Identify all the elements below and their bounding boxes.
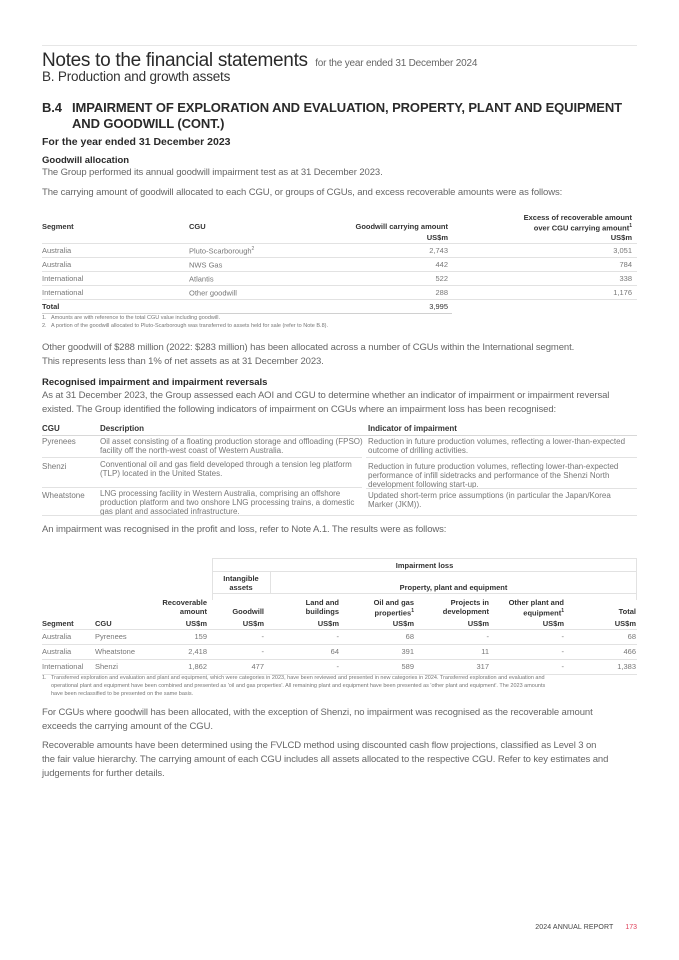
cell-excess: 338 — [619, 274, 632, 283]
page-footer: 2024 ANNUAL REPORT 173 — [42, 924, 637, 931]
goodwill-table: Segment CGU Goodwill carrying amount Exc… — [42, 208, 637, 313]
footnote-text: A portion of the goodwill allocated to P… — [51, 323, 328, 329]
cell-oilgas: 68 — [406, 632, 414, 641]
goodwill-total-row: Total 3,995 — [42, 299, 637, 313]
cell-cgu-text: Other goodwill — [189, 289, 237, 298]
col-other-l2: equipment1 — [509, 607, 564, 618]
cell-recoverable: 2,418 — [188, 647, 207, 656]
report-name: 2024 ANNUAL REPORT — [535, 924, 613, 931]
cell-carrying: 522 — [435, 274, 448, 283]
cell-total: 1,383 — [617, 662, 636, 671]
cell-excess: 1,176 — [613, 288, 632, 297]
recognised-para2: An impairment was recognised in the prof… — [42, 523, 637, 537]
rule — [212, 593, 637, 594]
page-number: 173 — [625, 924, 637, 931]
cell-total: 68 — [628, 632, 636, 641]
cell-cgu: NWS Gas — [189, 260, 222, 270]
total-carrying: 3,995 — [429, 302, 448, 311]
cell-indicator: Updated short-term price assumptions (in… — [368, 491, 636, 509]
table-row: AustraliaPluto-Scarborough22,7433,051 — [42, 243, 637, 257]
cell-goodwill: - — [262, 632, 265, 641]
table-row: InternationalAtlantis522338 — [42, 271, 637, 285]
cell-segment: Australia — [42, 260, 71, 269]
cell-cgu-text: Atlantis — [189, 275, 214, 284]
col-recoverable: Recoverable amount — [162, 598, 207, 616]
col-projects-l1: Projects in — [443, 598, 489, 607]
unit: US$m — [615, 619, 636, 628]
page-subtitle: for the year ended 31 December 2024 — [315, 58, 477, 69]
col-other: Other plant and equipment1 — [509, 598, 564, 618]
col-other-l1: Other plant and — [509, 598, 564, 607]
cell-indicator: Reduction in future production volumes, … — [368, 437, 636, 455]
cell-total: 466 — [623, 647, 636, 656]
row-rule — [42, 487, 362, 488]
footnote-ref: 2 — [252, 246, 255, 252]
unit: US$m — [468, 619, 489, 628]
cell-other: - — [562, 647, 565, 656]
recognised-para-l1: As at 31 December 2023, the Group assess… — [42, 389, 637, 403]
cell-cgu: Pyrenees — [95, 632, 127, 641]
rule — [42, 629, 637, 630]
cell-land: - — [337, 662, 340, 671]
cell-segment: International — [42, 288, 83, 297]
unit: US$m — [543, 619, 564, 628]
footnote-text-l2: operational plant and equipment have bee… — [42, 682, 637, 690]
top-rule — [42, 45, 637, 46]
col-total: Total — [619, 607, 636, 616]
rule — [212, 558, 637, 559]
total-label: Total — [42, 302, 59, 311]
cell-other: - — [562, 632, 565, 641]
cell-cgu: Atlantis — [189, 274, 214, 284]
unit: US$m — [186, 619, 207, 628]
cell-cgu: Pluto-Scarborough2 — [189, 246, 254, 256]
cell-segment: Australia — [42, 632, 71, 641]
period-heading: For the year ended 31 December 2023 — [42, 136, 231, 148]
goodwill-units-row: US$m US$m — [42, 230, 637, 243]
group-impairment-loss: Impairment loss — [212, 561, 637, 570]
cell-excess: 3,051 — [613, 246, 632, 255]
cell-carrying: 442 — [435, 260, 448, 269]
col-other-l2-text: equipment — [523, 609, 561, 618]
row-rule — [42, 644, 637, 645]
cell-oilgas: 589 — [401, 662, 414, 671]
rule — [212, 571, 637, 572]
col-projects: Projects in development — [443, 598, 489, 616]
col-land-l2: buildings — [306, 607, 339, 616]
closing-para2-l1: Recoverable amounts have been determined… — [42, 739, 637, 753]
cell-projects: - — [487, 632, 490, 641]
cell-cgu: Other goodwill — [189, 288, 237, 298]
col-excess-l1: Excess of recoverable amount — [524, 213, 632, 222]
cell-land: 64 — [331, 647, 339, 656]
group-ppe: Property, plant and equipment — [270, 583, 637, 592]
closing-para1: For CGUs where goodwill has been allocat… — [42, 706, 637, 734]
col-oilgas-l1: Oil and gas — [374, 598, 414, 607]
page-title: Notes to the financial statements — [42, 50, 308, 71]
cell-other: - — [562, 662, 565, 671]
unit: US$m — [393, 619, 414, 628]
goodwill-para2: The carrying amount of goodwill allocate… — [42, 186, 637, 200]
footnote-number: 1. — [42, 314, 51, 322]
col-cgu: CGU — [95, 619, 112, 628]
goodwill-para3: Other goodwill of $288 million (2022: $2… — [42, 341, 637, 369]
goodwill-para3-l1: Other goodwill of $288 million (2022: $2… — [42, 341, 637, 355]
table-row: InternationalOther goodwill2881,176 — [42, 285, 637, 299]
footnote-text: Amounts are with reference to the total … — [51, 315, 220, 321]
closing-para2-l2: the fair value hierarchy. The carrying a… — [42, 753, 637, 767]
closing-para2: Recoverable amounts have been determined… — [42, 739, 637, 781]
goodwill-para1: The Group performed its annual goodwill … — [42, 166, 637, 180]
col-goodwill: Goodwill — [232, 607, 264, 616]
cell-description: Oil asset consisting of a floating produ… — [100, 437, 365, 455]
cell-segment: Australia — [42, 246, 71, 255]
cell-oilgas: 391 — [401, 647, 414, 656]
header-rule — [42, 435, 637, 436]
note-title: B.4IMPAIRMENT OF EXPLORATION AND EVALUAT… — [42, 100, 622, 132]
footnote-text-l1: Transferred exploration and evaluation a… — [51, 675, 545, 681]
unit-excess: US$m — [611, 233, 632, 242]
cell-land: - — [337, 632, 340, 641]
col-oilgas-l2: properties1 — [374, 607, 414, 618]
cell-description: LNG processing facility in Western Austr… — [100, 489, 365, 516]
group-intangible-l2: assets — [212, 583, 270, 592]
col-land-l1: Land and — [306, 598, 339, 607]
note-title-line2: AND GOODWILL (CONT.) — [42, 116, 622, 132]
col-oilgas: Oil and gas properties1 — [374, 598, 414, 618]
unit: US$m — [318, 619, 339, 628]
goodwill-para3-l2: This represents less than 1% of net asse… — [42, 355, 637, 369]
col-projects-l2: development — [443, 607, 489, 616]
goodwill-footnote-1: 1.Amounts are with reference to the tota… — [42, 314, 220, 322]
footnote-number: 1. — [42, 674, 51, 682]
footnote-ref: 1 — [411, 608, 414, 614]
cell-cgu-text: Pluto-Scarborough — [189, 247, 252, 256]
cell-description: Conventional oil and gas field developed… — [100, 460, 365, 478]
cell-segment: International — [42, 274, 83, 283]
closing-para2-l3: judgements for further details. — [42, 767, 637, 781]
row-rule — [42, 457, 362, 458]
impairment-footnote: 1.Transferred exploration and evaluation… — [42, 674, 637, 698]
cell-indicator: Reduction in future production volumes, … — [368, 462, 636, 489]
table-row: AustraliaNWS Gas442784 — [42, 257, 637, 271]
row-rule — [42, 659, 637, 660]
cell-projects: 317 — [476, 662, 489, 671]
row-rule — [366, 457, 637, 458]
col-cgu: CGU — [42, 424, 60, 433]
col-description: Description — [100, 424, 144, 433]
cell-cgu: Wheatstone — [42, 491, 85, 500]
cell-cgu: Wheatstone — [95, 647, 135, 656]
cell-excess: 784 — [619, 260, 632, 269]
cell-cgu: Pyrenees — [42, 437, 76, 446]
group-intangible-l1: Intangible — [212, 574, 270, 583]
unit-carrying: US$m — [427, 233, 448, 242]
note-number: B.4 — [42, 100, 72, 116]
col-oilgas-l2-text: properties — [375, 609, 412, 618]
cell-recoverable: 1,862 — [188, 662, 207, 671]
recognised-para-l2: existed. The Group identified the follow… — [42, 403, 637, 417]
cell-goodwill: 477 — [251, 662, 264, 671]
closing-para1-l2: exceeds the carrying amount of the CGU. — [42, 720, 637, 734]
unit: US$m — [243, 619, 264, 628]
col-land: Land and buildings — [306, 598, 339, 616]
cell-carrying: 288 — [435, 288, 448, 297]
goodwill-table-header: Segment CGU Goodwill carrying amount Exc… — [42, 208, 637, 230]
cell-goodwill: - — [262, 647, 265, 656]
cell-recoverable: 159 — [194, 632, 207, 641]
cell-carrying: 2,743 — [429, 246, 448, 255]
row-rule — [366, 488, 637, 489]
col-segment: Segment — [42, 619, 74, 628]
footnote-ref: 1 — [629, 223, 632, 229]
col-recoverable-l1: Recoverable — [162, 598, 207, 607]
recognised-para: As at 31 December 2023, the Group assess… — [42, 389, 637, 417]
cell-segment: Australia — [42, 647, 71, 656]
note-title-line1: IMPAIRMENT OF EXPLORATION AND EVALUATION… — [72, 100, 622, 115]
closing-para1-l1: For CGUs where goodwill has been allocat… — [42, 706, 637, 720]
footnote-text-l3: have been reclassified to be presented o… — [42, 690, 637, 698]
cell-cgu-text: NWS Gas — [189, 261, 222, 270]
table-bottom-rule — [42, 515, 637, 516]
group-intangible: Intangible assets — [212, 574, 270, 592]
col-indicator: Indicator of impairment — [368, 424, 457, 433]
goodwill-heading: Goodwill allocation — [42, 155, 129, 166]
footnote-number: 2. — [42, 322, 51, 330]
goodwill-footnote-2: 2.A portion of the goodwill allocated to… — [42, 322, 328, 330]
cell-segment: International — [42, 662, 83, 671]
section-title: B. Production and growth assets — [42, 69, 230, 84]
cell-cgu: Shenzi — [42, 462, 66, 471]
footnote-ref: 1 — [561, 608, 564, 614]
cell-projects: 11 — [481, 647, 489, 656]
recognised-heading: Recognised impairment and impairment rev… — [42, 377, 267, 388]
cell-cgu: Shenzi — [95, 662, 118, 671]
col-recoverable-l2: amount — [162, 607, 207, 616]
